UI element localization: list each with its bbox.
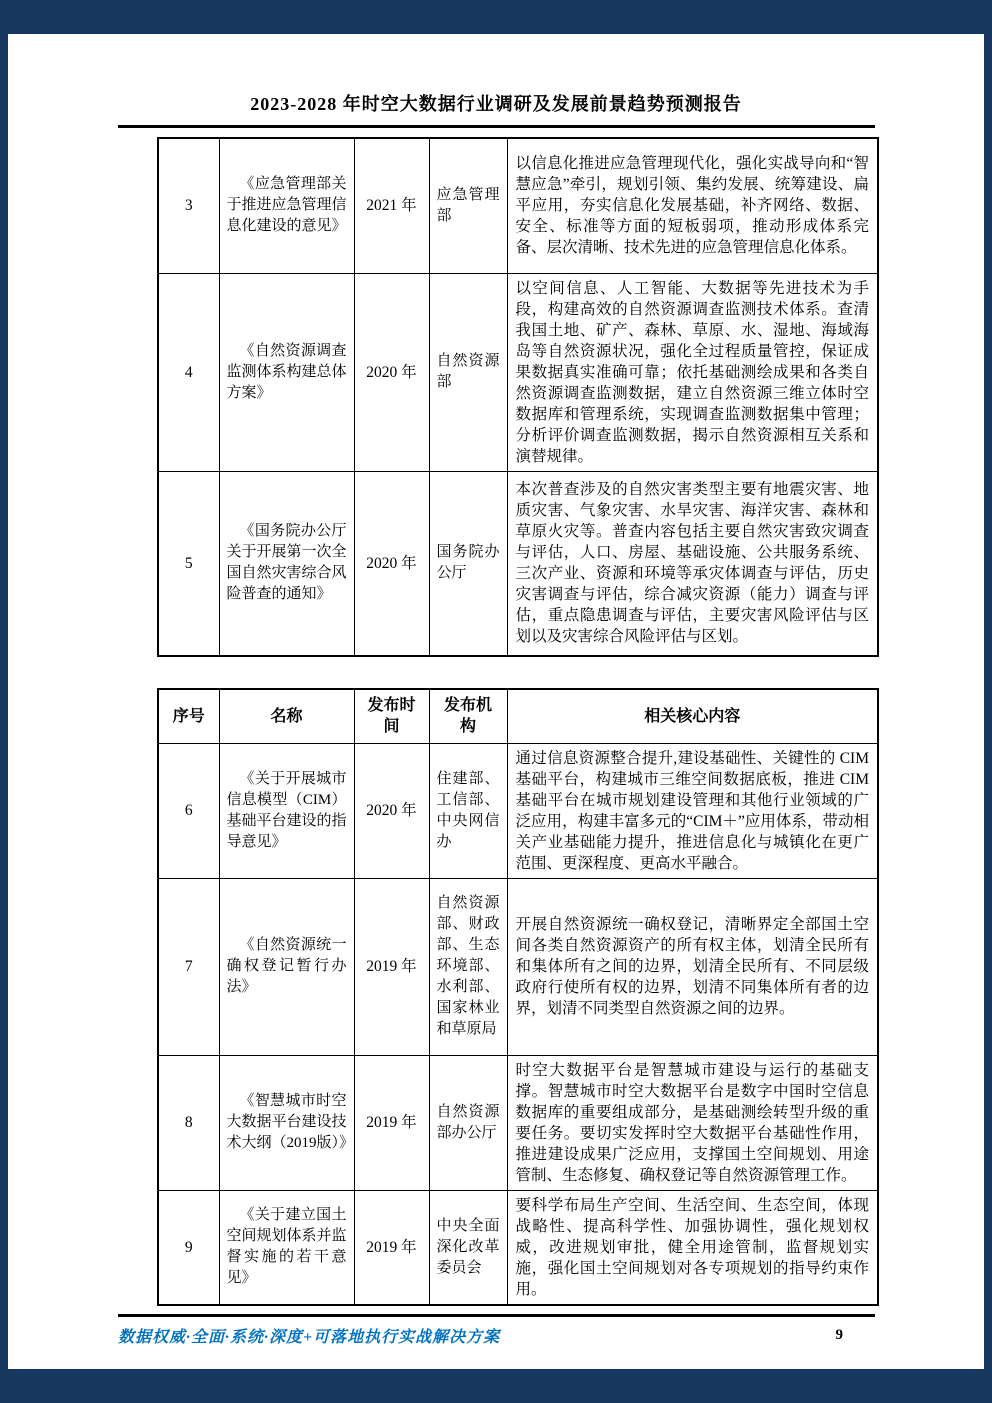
cell-year: 2019 年 — [354, 1055, 429, 1190]
cell-name: 《自然资源统一确权登记暂行办法》 — [219, 878, 354, 1055]
report-page: { "colors": { "frame": "#17375E", "foote… — [0, 0, 992, 1403]
cell-seq: 8 — [158, 1055, 219, 1190]
cell-seq: 9 — [158, 1190, 219, 1305]
policy-table-continued: 3 《应急管理部关于推进应急管理信息化建设的意见》 2021 年 应急管理部 以… — [157, 137, 879, 657]
cell-content: 时空大数据平台是智慧城市建设与运行的基础支撑。智慧城市时空大数据平台是数字中国时… — [507, 1055, 878, 1190]
footer-divider — [118, 1314, 875, 1317]
cell-year: 2020 年 — [354, 743, 429, 878]
header-divider — [118, 125, 875, 128]
cell-seq: 6 — [158, 743, 219, 878]
cell-content: 本次普查涉及的自然灾害类型主要有地震灾害、地质灾害、气象灾害、水旱灾害、海洋灾害… — [507, 471, 878, 656]
cell-content: 以信息化推进应急管理现代化，强化实战导向和“智慧应急”牵引，规划引领、集约发展、… — [507, 138, 878, 273]
cell-year: 2019 年 — [354, 878, 429, 1055]
cell-name: 《关于建立国土空间规划体系并监督实施的若干意见》 — [219, 1190, 354, 1305]
page-border-top — [0, 0, 992, 34]
col-header-name: 名称 — [219, 689, 354, 743]
cell-org: 应急管理部 — [429, 138, 507, 273]
table-row: 6 《关于开展城市信息模型（CIM）基础平台建设的指导意见》 2020 年 住建… — [158, 743, 878, 878]
table-row: 4 《自然资源调查监测体系构建总体方案》 2020 年 自然资源部 以空间信息、… — [158, 273, 878, 471]
cell-year: 2020 年 — [354, 273, 429, 471]
page-number: 9 — [836, 1327, 876, 1344]
cell-seq: 3 — [158, 138, 219, 273]
col-header-year: 发布时间 — [354, 689, 429, 743]
table-row: 3 《应急管理部关于推进应急管理信息化建设的意见》 2021 年 应急管理部 以… — [158, 138, 878, 273]
footer-slogan: 数据权威·全面·系统·深度+可落地执行实战解决方案 — [118, 1324, 500, 1347]
cell-name: 《国务院办公厅关于开展第一次全国自然灾害综合风险普查的通知》 — [219, 471, 354, 656]
table-row: 9 《关于建立国土空间规划体系并监督实施的若干意见》 2019 年 中央全面深化… — [158, 1190, 878, 1305]
page-border-right — [984, 0, 992, 1403]
cell-name: 《智慧城市时空大数据平台建设技术大纲（2019版）》 — [219, 1055, 354, 1190]
page-footer: 数据权威·全面·系统·深度+可落地执行实战解决方案 9 — [118, 1324, 875, 1347]
cell-content: 开展自然资源统一确权登记，清晰界定全部国土空间各类自然资源资产的所有权主体，划清… — [507, 878, 878, 1055]
cell-org: 自然资源部办公厅 — [429, 1055, 507, 1190]
policy-table: 序号 名称 发布时间 发布机构 相关核心内容 6 《关于开展城市信息模型（CIM… — [157, 688, 879, 1306]
cell-org: 自然资源部、财政部、生态环境部、水利部、国家林业和草原局 — [429, 878, 507, 1055]
cell-seq: 5 — [158, 471, 219, 656]
table-row: 7 《自然资源统一确权登记暂行办法》 2019 年 自然资源部、财政部、生态环境… — [158, 878, 878, 1055]
page-border-bottom — [0, 1369, 992, 1403]
table-row: 5 《国务院办公厅关于开展第一次全国自然灾害综合风险普查的通知》 2020 年 … — [158, 471, 878, 656]
cell-content: 要科学布局生产空间、生活空间、生态空间，体现战略性、提高科学性、加强协调性，强化… — [507, 1190, 878, 1305]
cell-content: 通过信息资源整合提升,建设基础性、关键性的 CIM 基础平台，构建城市三维空间数… — [507, 743, 878, 878]
table-row: 8 《智慧城市时空大数据平台建设技术大纲（2019版）》 2019 年 自然资源… — [158, 1055, 878, 1190]
cell-org: 中央全面深化改革委员会 — [429, 1190, 507, 1305]
table-header-row: 序号 名称 发布时间 发布机构 相关核心内容 — [158, 689, 878, 743]
col-header-content: 相关核心内容 — [507, 689, 878, 743]
cell-content: 以空间信息、人工智能、大数据等先进技术为手段，构建高效的自然资源调查监测技术体系… — [507, 273, 878, 471]
cell-name: 《自然资源调查监测体系构建总体方案》 — [219, 273, 354, 471]
cell-year: 2020 年 — [354, 471, 429, 656]
cell-seq: 7 — [158, 878, 219, 1055]
col-header-seq: 序号 — [158, 689, 219, 743]
cell-name: 《关于开展城市信息模型（CIM）基础平台建设的指导意见》 — [219, 743, 354, 878]
page-border-left — [0, 0, 8, 1403]
cell-year: 2019 年 — [354, 1190, 429, 1305]
cell-year: 2021 年 — [354, 138, 429, 273]
cell-seq: 4 — [158, 273, 219, 471]
cell-org: 住建部、工信部、中央网信办 — [429, 743, 507, 878]
cell-name: 《应急管理部关于推进应急管理信息化建设的意见》 — [219, 138, 354, 273]
cell-org: 国务院办公厅 — [429, 471, 507, 656]
col-header-org: 发布机构 — [429, 689, 507, 743]
cell-org: 自然资源部 — [429, 273, 507, 471]
